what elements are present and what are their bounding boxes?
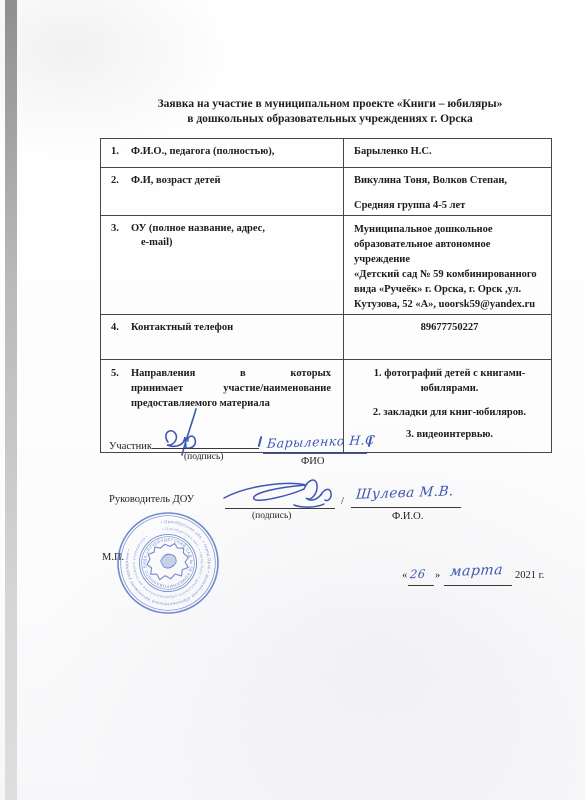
row-number: 5. (111, 366, 131, 411)
official-round-stamp-icon: • Оренбургская обл. • город Орск • дошко… (108, 503, 228, 623)
field-value: Барыленко Н.С. (354, 145, 545, 159)
title-line-1: Заявка на участие в муниципальном проект… (100, 97, 560, 112)
scanned-application-form: Заявка на участие в муниципальном проект… (0, 0, 585, 800)
material-item: 2. закладки для книг-юбиляров. (354, 405, 545, 420)
row-number: 1. (111, 145, 131, 159)
field-label-line: e-mail) (131, 236, 331, 250)
name-line (263, 452, 367, 454)
document-title: Заявка на участие в муниципальном проект… (100, 97, 560, 127)
material-item: 1. фотографий детей с книгами-юбилярами. (354, 366, 545, 396)
row-number: 4. (111, 321, 131, 335)
phone-value: 89677750227 (354, 321, 545, 335)
field-value-line: «Детский сад № 59 комбинированного (354, 267, 545, 282)
field-value-line: образовательное автономное учреждение (354, 237, 545, 267)
field-label: Ф.И.О., педагога (полностью), (131, 145, 337, 159)
fio-caption: ФИО (301, 456, 324, 467)
slash-separator: / (341, 496, 344, 507)
podpis-caption: (подпись) (184, 452, 223, 462)
row-number: 2. (111, 174, 131, 188)
name-line (351, 506, 461, 508)
participant-label: Участник (109, 441, 152, 452)
stamp-inner-ring-text: ДЕТСКИЙ САД № 59 КОМБИНИРОВАННОГО ВИДА «… (108, 503, 198, 598)
table-row: 3. ОУ (полное название, адрес, e-mail) М… (101, 216, 552, 315)
svg-text:ДЕТСКИЙ САД № 59 КОМБИНИРОВАНН: ДЕТСКИЙ САД № 59 КОМБИНИРОВАННОГО ВИДА «… (108, 503, 198, 598)
month-line (444, 584, 512, 586)
director-label: Руководитель ДОУ (109, 494, 194, 505)
field-value-line: Викулина Тоня, Волков Степан, (354, 174, 545, 188)
quote-open: « (402, 570, 407, 581)
podpis-caption: (подпись) (252, 511, 291, 521)
title-line-2: в дошкольных образовательных учреждениях… (100, 112, 560, 127)
quote-close: » (435, 570, 440, 581)
signature-line (225, 507, 335, 509)
table-row: 2. Ф.И, возраст детей Викулина Тоня, Вол… (101, 168, 552, 216)
field-label: Контактный телефон (131, 321, 337, 335)
field-label: Ф.И, возраст детей (131, 174, 337, 188)
fio-caption: Ф.И.О. (392, 511, 423, 522)
field-value-line: Средняя группа 4-5 лет (354, 199, 545, 213)
signature-line (152, 447, 259, 449)
handwritten-director-name: Шулева М.В. (355, 483, 454, 502)
field-label-line: принимает участие/наименование (131, 381, 331, 396)
row-number: 3. (111, 222, 131, 250)
year-label: 2021 г. (515, 570, 544, 581)
field-value-line: Кутузова, 52 «А», uoorsk59@yandex.ru (354, 297, 545, 312)
participant-signature (158, 406, 208, 458)
day-line (408, 584, 434, 586)
field-label-line: Направления в которых (131, 366, 331, 381)
field-value-line: Муниципальное дошкольное (354, 222, 545, 237)
handwritten-month: марта (449, 562, 503, 580)
director-signature (220, 473, 342, 511)
scan-edge-artifact (5, 0, 17, 800)
handwritten-day: 26 (409, 567, 426, 582)
table-row: 1. Ф.И.О., педагога (полностью), Барылен… (101, 139, 552, 168)
field-value-line: вида «Ручеёк» г. Орска, г. Орск ,ул. (354, 282, 545, 297)
date-line: « 26 » марта 2021 г. (402, 566, 562, 592)
field-label-line: ОУ (полное название, адрес, (131, 222, 331, 236)
table-row: 4. Контактный телефон 89677750227 (101, 315, 552, 360)
material-item: 3. видеоинтервью. (354, 427, 545, 442)
